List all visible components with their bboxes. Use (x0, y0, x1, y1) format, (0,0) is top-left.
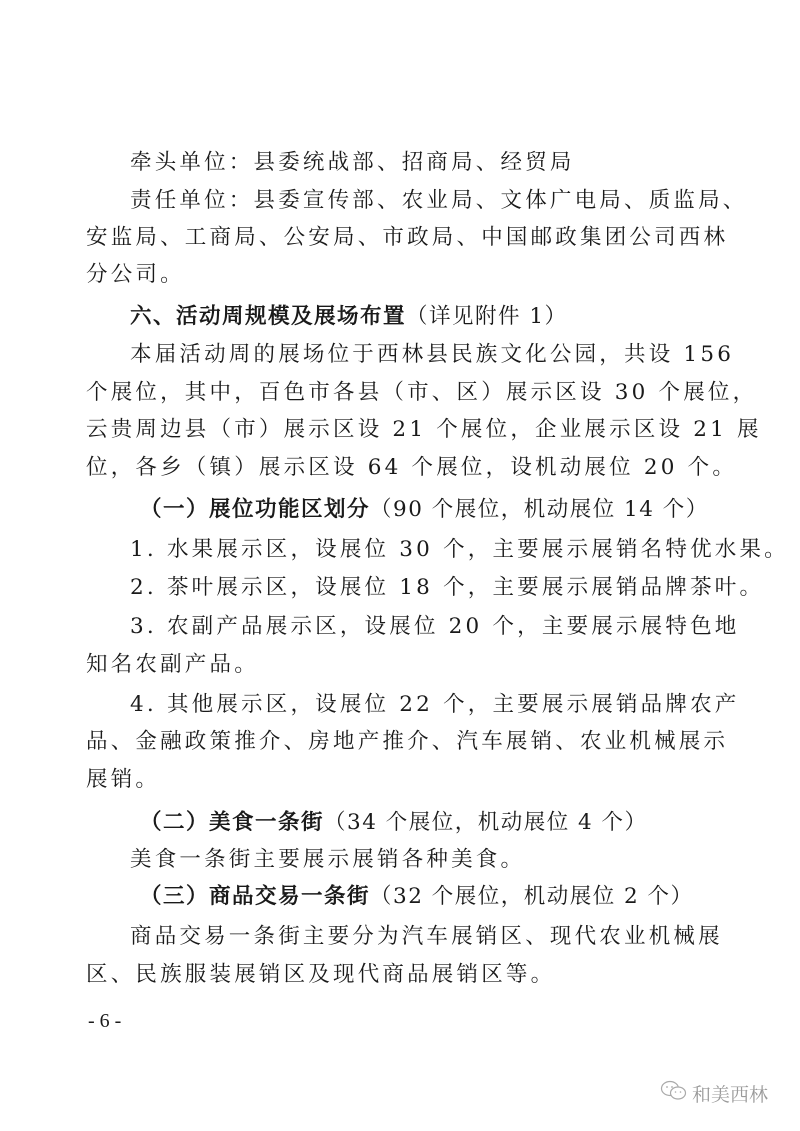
lead-units: 牵头单位：县委统战部、招商局、经贸局 (130, 148, 770, 178)
page-number: - 6 - (88, 1010, 121, 1033)
paragraph-line: 品、金融政策推介、房地产推介、汽车展销、农业机械展示 (86, 727, 726, 757)
paragraph-line: 分公司。 (86, 260, 726, 290)
subsection-heading-2: （二）美食一条街（34 个展位，机动展位 4 个） (140, 808, 780, 838)
watermark-label: 和美西林 (692, 1080, 768, 1107)
list-item: 3. 农副产品展示区，设展位 20 个，主要展示展特色地 (130, 612, 770, 642)
subsection-note: （32 个展位，机动展位 2 个） (370, 884, 694, 909)
subsection-note: （90 个展位，机动展位 14 个） (370, 497, 709, 522)
subsection-title: （三）商品交易一条街 (140, 884, 370, 909)
paragraph-line: 安监局、工商局、公安局、市政局、中国邮政集团公司西林 (86, 223, 726, 253)
list-item: 4. 其他展示区，设展位 22 个，主要展示展销品牌农产 (130, 690, 770, 720)
subsection-title: （一）展位功能区划分 (140, 497, 370, 522)
section-heading-title: 六、活动周规模及展场布置 (130, 304, 406, 329)
subsection-heading-3: （三）商品交易一条街（32 个展位，机动展位 2 个） (140, 882, 780, 912)
list-item: 2. 茶叶展示区，设展位 18 个，主要展示展销品牌茶叶。 (130, 573, 770, 603)
watermark: 和美西林 (660, 1080, 768, 1107)
wechat-icon (660, 1080, 688, 1107)
paragraph-line: 知名农副产品。 (86, 650, 726, 680)
paragraph-line: 美食一条街主要展示展销各种美食。 (130, 845, 770, 875)
subsection-heading-1: （一）展位功能区划分（90 个展位，机动展位 14 个） (140, 495, 780, 525)
responsible-units: 责任单位：县委宣传部、农业局、文体广电局、质监局、 (130, 186, 770, 216)
paragraph-line: 本届活动周的展场位于西林县民族文化公园，共设 156 (130, 340, 770, 370)
section-heading-6: 六、活动周规模及展场布置（详见附件 1） (130, 302, 770, 332)
subsection-title: （二）美食一条街 (140, 810, 324, 835)
paragraph-line: 展销。 (86, 765, 726, 795)
paragraph-line: 区、民族服装展销区及现代商品展销区等。 (86, 960, 726, 990)
section-heading-note: （详见附件 1） (406, 304, 568, 329)
paragraph-line: 个展位，其中，百色市各县（市、区）展示区设 30 个展位， (86, 378, 726, 408)
subsection-note: （34 个展位，机动展位 4 个） (324, 810, 648, 835)
list-item: 1. 水果展示区，设展位 30 个，主要展示展销名特优水果。 (130, 535, 770, 565)
paragraph-line: 商品交易一条街主要分为汽车展销区、现代农业机械展 (130, 922, 770, 952)
paragraph-line: 云贵周边县（市）展示区设 21 个展位，企业展示区设 21 展 (86, 415, 726, 445)
paragraph-line: 位，各乡（镇）展示区设 64 个展位，设机动展位 20 个。 (86, 453, 726, 483)
